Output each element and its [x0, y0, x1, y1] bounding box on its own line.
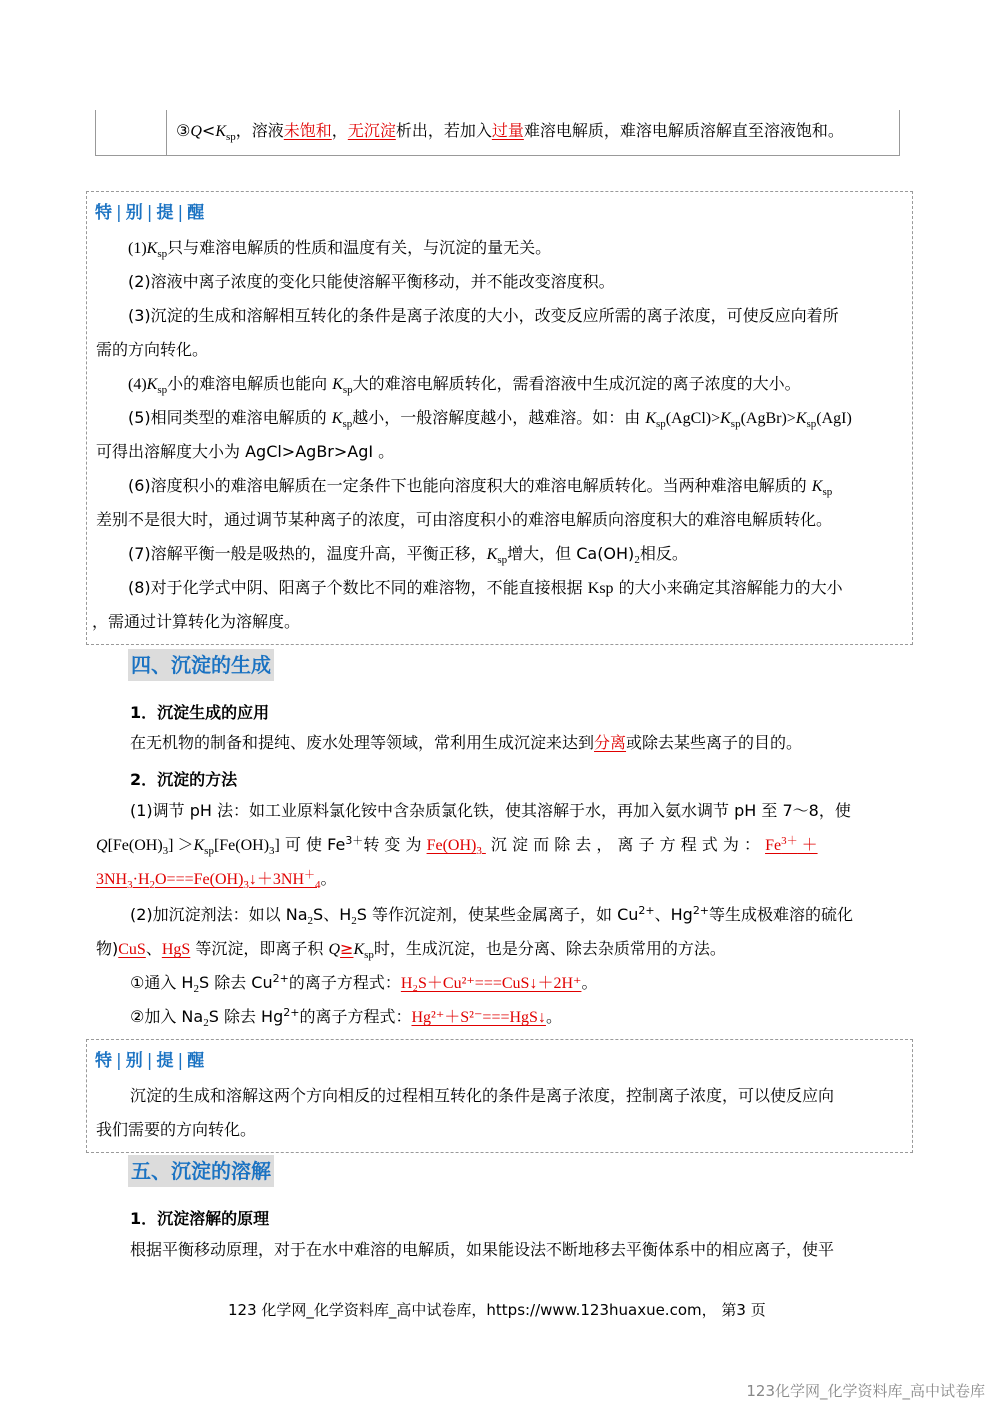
tip-item-3-line1: (3)沉淀的生成和溶解相互转化的条件是离子浓度的大小，改变反应所需的离子浓度，可… [128, 306, 839, 326]
answer-blank: ≥ [340, 939, 353, 958]
tip2-line1: 沉淀的生成和溶解这两个方向相反的过程相互转化的条件是离子浓度，控制离子浓度，可以… [130, 1086, 834, 1106]
section-heading-5: 五、沉淀的溶解 [128, 1155, 274, 1187]
answer-blank: 过量 [492, 121, 524, 140]
answer-blank: 分离 [594, 733, 626, 752]
method-1-line3: 3NH3·H2O===Fe(OH)3↓＋3NH＋4。 [96, 869, 337, 890]
answer-blank: Hg²⁺＋S²⁻===HgS↓ [411, 1009, 545, 1026]
tip-item-6-line1: (6)溶度积小的难溶电解质在一定条件下也能向溶度积大的难溶电解质转化。当两种难溶… [128, 476, 832, 497]
answer-blank: H₂S＋Cu²⁺===CuS↓＋2H⁺ [401, 975, 582, 992]
tip2-line2: 我们需要的方向转化。 [96, 1120, 256, 1140]
page-footer: 123 化学网_化学资料库_高中试卷库，https://www.123huaxu… [228, 1299, 766, 1320]
method-1-line2: Q[Fe(OH)3] ＞Ksp[Fe(OH)3] 可 使 Fe3＋转 变 为 F… [96, 835, 818, 856]
table-cell-empty [96, 110, 167, 155]
special-reminder-title: 特|别|提|醒 [95, 1046, 205, 1071]
tip-item-4: (4)Ksp小的难溶电解质也能向 Ksp大的难溶电解质转化，需看溶液中生成沉淀的… [128, 374, 801, 395]
tip-item-5-line1: (5)相同类型的难溶电解质的 Ksp越小，一般溶解度越小，越难溶。如：由 Ksp… [128, 408, 852, 429]
section-heading-4: 四、沉淀的生成 [128, 649, 274, 681]
tip-item-8-line1: (8)对于化学式中阴、阳离子个数比不同的难溶物，不能直接根据 Ksp 的大小来确… [128, 578, 843, 599]
table-cell-condition-3: ③Q<Ksp，溶液未饱和，无沉淀析出，若加入过量难溶电解质，难溶电解质溶解直至溶… [176, 121, 844, 142]
subsection-heading-4-1: 1．沉淀生成的应用 [130, 700, 269, 723]
tip-item-2: (2)溶液中离子浓度的变化只能使溶解平衡移动，并不能改变溶度积。 [128, 272, 615, 292]
equation-b: ②加入 Na2S 除去 Hg2+的离子方程式：Hg²⁺＋S²⁻===HgS↓。 [130, 1007, 562, 1028]
method-2-line2: 物)CuS、HgS 等沉淀，即离子积 Q≥Ksp时，生成沉淀，也是分离、除去杂质… [96, 939, 726, 960]
answer-blank: CuS [118, 941, 146, 958]
special-reminder-title: 特|别|提|醒 [95, 198, 205, 223]
answer-blank: Fe3＋ ＋ [765, 837, 818, 854]
paragraph-4-1: 在无机物的制备和提纯、废水处理等领域，常利用生成沉淀来达到分离或除去某些离子的目… [130, 733, 802, 753]
tip-item-7: (7)溶解平衡一般是吸热的，温度升高，平衡正移，Ksp增大，但 Ca(OH)2相… [128, 544, 688, 565]
tip-item-6-line2: 差别不是很大时，通过调节某种离子的浓度，可由溶度积小的难溶电解质向溶度积大的难溶… [96, 510, 832, 530]
method-1-line1: (1)调节 pH 法：如工业原料氯化铵中含杂质氯化铁，使其溶解于水，再加入氨水调… [130, 801, 851, 821]
answer-blank: 3NH3·H2O===Fe(OH)3↓＋3NH＋4 [96, 871, 321, 888]
watermark: 123化学网_化学资料库_高中试卷库 [746, 1380, 985, 1401]
equation-a: ①通入 H2S 除去 Cu2+的离子方程式：H₂S＋Cu²⁺===CuS↓＋2H… [130, 973, 597, 994]
answer-blank: 无沉淀 [348, 121, 396, 140]
condition-table: ③Q<Ksp，溶液未饱和，无沉淀析出，若加入过量难溶电解质，难溶电解质溶解直至溶… [95, 110, 900, 156]
method-2-line1: (2)加沉淀剂法：如以 Na2S、H2S 等作沉淀剂，使某些金属离子，如 Cu2… [130, 905, 853, 925]
subsection-heading-5-1: 1．沉淀溶解的原理 [130, 1206, 269, 1229]
tip-item-8-line2: ，需通过计算转化为溶解度。 [92, 612, 300, 632]
tip-item-3-line2: 需的方向转化。 [96, 340, 208, 360]
tip-item-1: (1)Ksp只与难溶电解质的性质和温度有关，与沉淀的量无关。 [128, 238, 551, 259]
answer-blank: 未饱和 [284, 121, 332, 140]
answer-blank: Fe(OH)3 [427, 837, 486, 854]
tip-item-5-line2: 可得出溶解度大小为 AgCl>AgBr>AgI 。 [96, 442, 394, 462]
subsection-heading-4-2: 2．沉淀的方法 [130, 767, 237, 790]
paragraph-5-1: 根据平衡移动原理，对于在水中难溶的电解质，如果能设法不断地移去平衡体系中的相应离… [130, 1240, 834, 1260]
answer-blank: HgS [162, 941, 190, 958]
